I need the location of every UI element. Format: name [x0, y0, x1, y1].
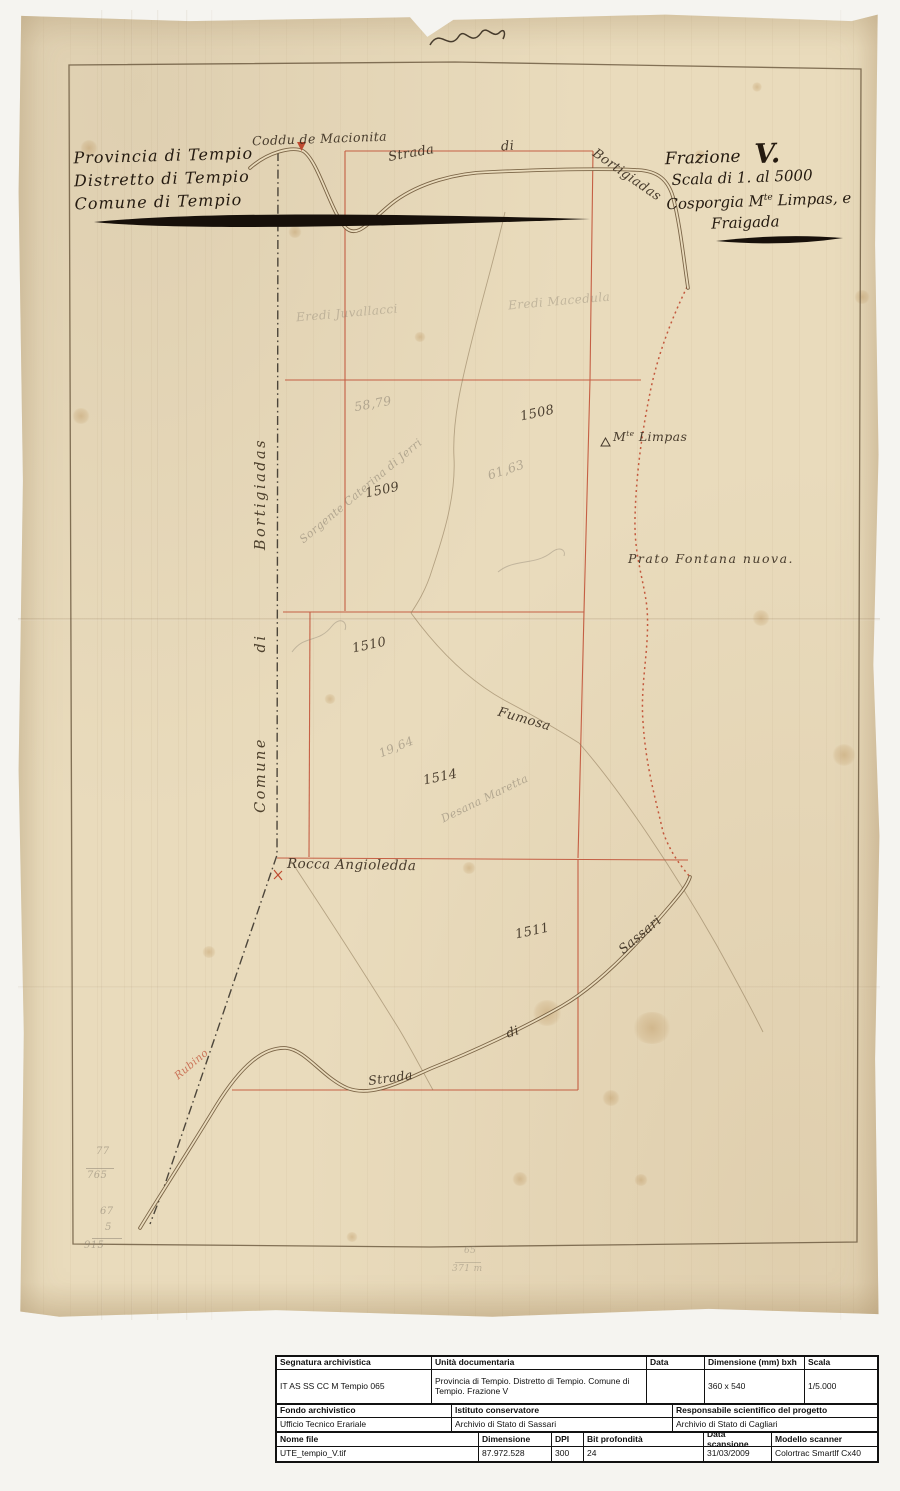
pencil-calc-371m: 371 m: [452, 1264, 483, 1274]
label-rocca-angioledda: Rocca Angioledda: [287, 856, 417, 874]
label-bortigiadas-top: Bortigiadas: [589, 146, 663, 204]
map-title-left: Provincia di Tempio Distretto di Tempio …: [73, 142, 254, 216]
table-header-cell: Istituto conservatore: [452, 1405, 673, 1418]
pencil-area-1964: 19,64: [377, 734, 416, 761]
label-rubino: Rubino: [172, 1047, 211, 1082]
map-title-right: FrazioneV. Scala di 1. al 5000 Cosporgia…: [665, 143, 853, 236]
label-strada-top: Strada: [387, 142, 435, 165]
pencil-calc-77: 77: [96, 1146, 110, 1157]
pencil-area-6163: 61,63: [486, 457, 527, 483]
table-header-cell: Dimensione (mm) bxh: [705, 1357, 805, 1370]
pencil-eredi-macedula: Eredi Macedula: [508, 290, 611, 313]
parcel-number-1514: 1514: [422, 767, 459, 789]
metadata-table: Segnatura archivistica Unità documentari…: [275, 1355, 879, 1463]
table-value-cell: 300: [552, 1447, 584, 1461]
table-value-cell: 31/03/2009: [704, 1447, 772, 1461]
table-value-cell: 87.972.528: [479, 1447, 552, 1461]
pencil-fraction-line: [92, 1238, 122, 1239]
label-west-comune: Comune: [253, 737, 269, 813]
pencil-fraction-line: [455, 1262, 481, 1263]
label-fumosa: Fumosa: [496, 705, 552, 734]
table-value-cell: IT AS SS CC M Tempio 065: [277, 1370, 432, 1403]
table-header-cell: Responsabile scientifico del progetto: [673, 1405, 877, 1418]
table-value-cell: 24: [584, 1447, 704, 1461]
label-sassari: Sassari: [616, 913, 665, 957]
scanned-document-page: Provincia di Tempio Distretto di Tempio …: [0, 0, 900, 1491]
pencil-eredi-juvallacci: Eredi Juvallacci: [296, 302, 399, 325]
metadata-table-section: Segnatura archivistica Unità documentari…: [277, 1357, 877, 1403]
table-value-cell: Archivio di Stato di Cagliari: [673, 1418, 877, 1431]
pencil-calc-5: 5: [105, 1222, 112, 1233]
label-di-bottom: di: [504, 1022, 521, 1040]
pencil-calc-915: 915: [84, 1240, 104, 1251]
title-line: Comune di Tempio: [74, 188, 254, 216]
table-header-cell: Scala: [805, 1357, 877, 1370]
label-west-di: di: [253, 634, 269, 653]
table-header-cell: Unità documentaria: [432, 1357, 647, 1370]
label-west-bortigiadas: Bortigiadas: [253, 438, 269, 550]
table-value-cell: Colortrac Smartlf Cx40: [772, 1447, 877, 1461]
map-labels: Provincia di Tempio Distretto di Tempio …: [0, 0, 900, 1330]
label-prato-fontana-nuova: Prato Fontana nuova.: [628, 551, 794, 566]
table-header-cell: Dimensione: [479, 1433, 552, 1447]
table-header-cell: Bit profondità: [584, 1433, 704, 1447]
metadata-table-section: Nome file Dimensione DPI Bit profondità …: [277, 1431, 877, 1461]
label-strada-bottom: Strada: [367, 1067, 414, 1088]
pencil-fraction-line: [86, 1168, 114, 1169]
parcel-number-1510: 1510: [351, 635, 388, 657]
table-value-cell: Ufficio Tecnico Erariale: [277, 1418, 452, 1431]
table-header-cell: Nome file: [277, 1433, 479, 1447]
table-header-cell: Fondo archivistico: [277, 1405, 452, 1418]
pencil-sorgente-caterina: Sorgente Caterina di Jerri: [297, 436, 425, 546]
pencil-calc-67: 67: [100, 1206, 114, 1217]
parcel-number-1508: 1508: [519, 403, 556, 425]
pencil-calc-65: 65: [464, 1246, 476, 1256]
table-header-cell: Data scansione: [704, 1433, 772, 1447]
label-coddu-de-macionita: Coddu de Macionita: [252, 129, 387, 149]
table-value-cell: Archivio di Stato di Sassari: [452, 1418, 673, 1431]
table-value-cell: Provincia di Tempio. Distretto di Tempio…: [432, 1370, 647, 1403]
table-header-cell: Segnatura archivistica: [277, 1357, 432, 1370]
table-header-cell: DPI: [552, 1433, 584, 1447]
table-value-cell: 360 x 540: [705, 1370, 805, 1403]
parcel-number-1511: 1511: [514, 921, 551, 943]
table-header-cell: Data: [647, 1357, 705, 1370]
table-header-cell: Modello scanner: [772, 1433, 877, 1447]
label-di-top: di: [500, 139, 514, 155]
table-value-cell: UTE_tempio_V.tif: [277, 1447, 479, 1461]
pencil-area-5879: 58,79: [353, 393, 393, 414]
pencil-calc-765: 765: [87, 1170, 107, 1181]
table-value-cell: 1/5.000: [805, 1370, 877, 1403]
table-value-cell: [647, 1370, 705, 1403]
label-monte-limpas: Mte Limpas: [613, 429, 687, 444]
metadata-table-section: Fondo archivistico Istituto conservatore…: [277, 1403, 877, 1431]
